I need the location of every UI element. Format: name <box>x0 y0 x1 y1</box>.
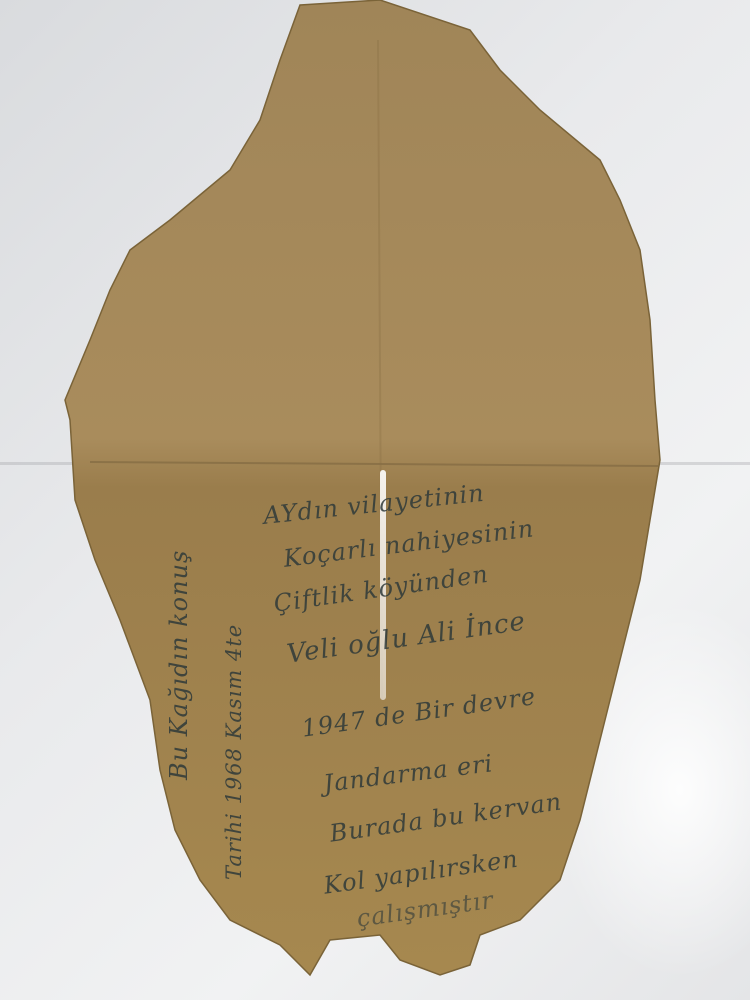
handwriting-side-line-1: Bu Kağıdın konuş <box>165 550 193 780</box>
handwriting-side-line-2: Tarihi 1968 Kasım 4te <box>222 624 246 880</box>
